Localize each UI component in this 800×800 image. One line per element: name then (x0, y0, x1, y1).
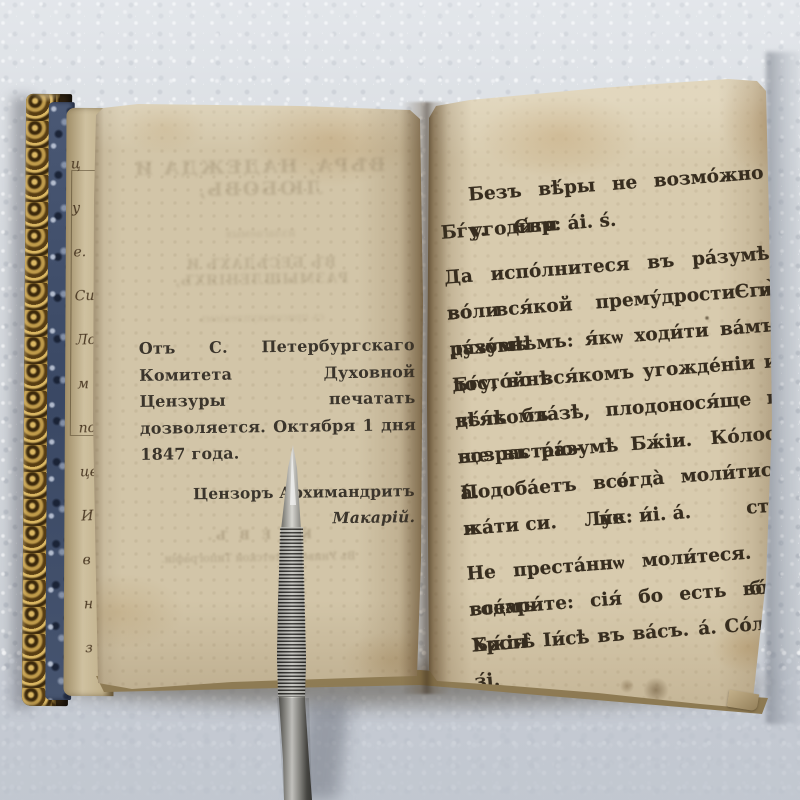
steel-tweezers (0, 0, 800, 800)
tweezers-serrated-grip (0, 0, 800, 800)
tweezers-lower-shading (0, 0, 800, 800)
tweezers-tip-highlight (0, 0, 800, 800)
tweezers-arm (0, 0, 800, 800)
photo-scene: ц у е. Си Ло м под це И в н з ВѢРА, НАДЕ… (0, 0, 800, 800)
